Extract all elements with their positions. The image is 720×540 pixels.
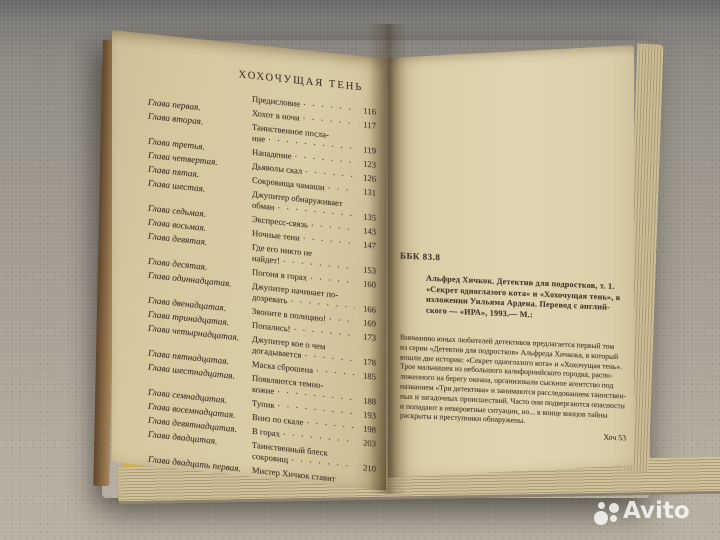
page-number: 116 xyxy=(358,105,376,118)
page-number: 173 xyxy=(358,331,376,344)
page-number: 123 xyxy=(358,158,376,171)
chapter-title: Ночные тени xyxy=(252,228,300,244)
bibliographic-block: ББК 83.8 Альфред Хичкок. Детектив для по… xyxy=(388,58,634,443)
bbk-classification: ББК 83.8 xyxy=(400,251,618,271)
dot-leader xyxy=(329,314,355,328)
chapter-title: Нападение xyxy=(252,147,292,162)
page-number: 210 xyxy=(358,462,376,475)
chapter-title: Хохот в ночи xyxy=(252,108,300,124)
page-number: 135 xyxy=(358,211,376,224)
avito-watermark: Avito xyxy=(594,498,710,534)
chapter-title: найдет! xyxy=(252,253,280,267)
dot-leader xyxy=(328,183,355,197)
page-number: 160 xyxy=(358,278,376,291)
chapter-title: обман xyxy=(252,200,274,213)
page-number: 193 xyxy=(358,409,376,422)
page-number: 147 xyxy=(358,239,376,252)
page-number: 153 xyxy=(358,264,376,277)
chapter-title: Предисловие xyxy=(252,94,300,110)
page-number: 188 xyxy=(358,395,376,408)
page-number: 169 xyxy=(358,317,376,330)
chapter-title: В горах xyxy=(252,426,280,440)
avito-logo-icon xyxy=(594,500,620,528)
page-number: 143 xyxy=(358,225,376,238)
dot-leader xyxy=(311,220,355,236)
chapter-title: Попались! xyxy=(252,320,290,335)
right-page: ББК 83.8 Альфред Хичкок. Детектив для по… xyxy=(388,45,634,478)
chapter-title: дозревать xyxy=(252,292,287,307)
imprint-paragraph: Альфред Хичкок. Детектив для подростков,… xyxy=(426,274,622,325)
page-number: 198 xyxy=(358,423,376,436)
watermark-label: Avito xyxy=(623,498,690,524)
dot-leader xyxy=(310,273,355,289)
page-number: 126 xyxy=(358,172,376,185)
open-book: ХОХОЧУЩАЯ ТЕНЬ Предисловие116Глава перва… xyxy=(96,24,660,506)
chapter-label xyxy=(148,83,252,94)
page-number: 166 xyxy=(358,303,376,316)
chapter-title: кожие xyxy=(252,384,274,397)
annotation-paragraph-2: Трое мальчишек из небольшого калифорнийс… xyxy=(400,362,626,431)
left-page: ХОХОЧУЩАЯ ТЕНЬ Предисловие116Глава перва… xyxy=(112,30,386,491)
toc-list: Предисловие116Глава первая.Хохот в ночи1… xyxy=(148,83,376,491)
page-number: 131 xyxy=(358,186,376,199)
page-number: 117 xyxy=(358,119,376,132)
page-number: 178 xyxy=(358,356,376,369)
page-number: 203 xyxy=(358,437,376,450)
dot-leader xyxy=(316,365,355,380)
table-of-contents: ХОХОЧУЩАЯ ТЕНЬ Предисловие116Глава перва… xyxy=(112,30,386,491)
dot-leader xyxy=(306,417,355,433)
page-number: 119 xyxy=(358,144,376,157)
chapter-title: Тупик xyxy=(252,398,275,411)
chapter-title: ние xyxy=(252,133,265,145)
page-number: 185 xyxy=(358,370,376,383)
